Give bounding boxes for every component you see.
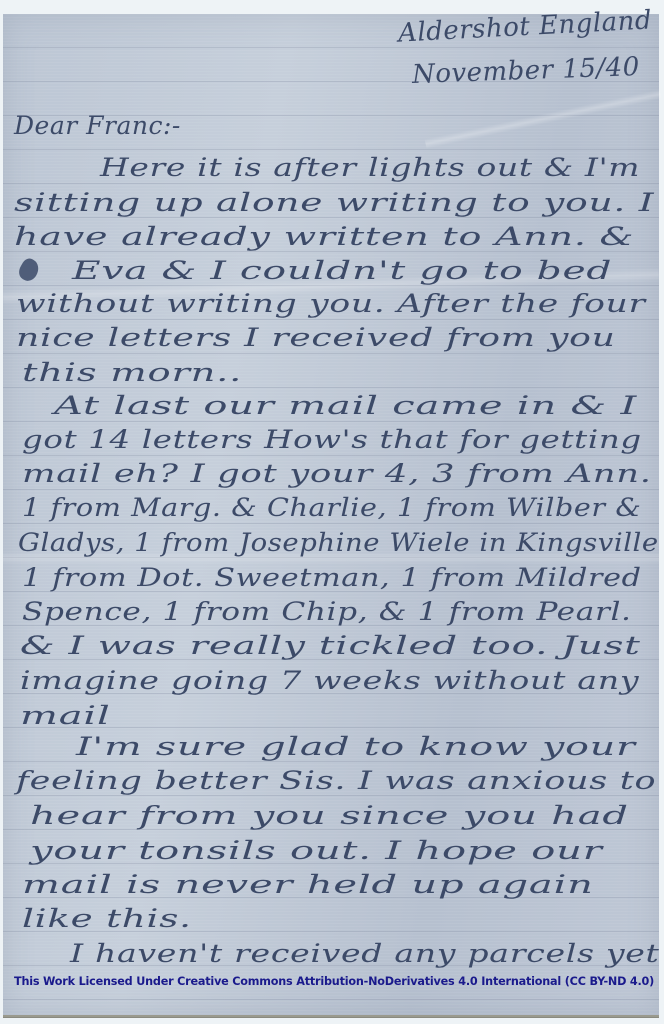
letter-line: I haven't received any parcels yet bbox=[70, 941, 660, 966]
letter-line: & I was really tickled too. Just bbox=[20, 633, 641, 658]
letter-line: mail is never held up again bbox=[22, 872, 594, 897]
letter-line: nice letters I received from you bbox=[16, 325, 616, 350]
license-notice: This Work Licensed Under Creative Common… bbox=[14, 975, 654, 988]
letter-line: 1 from Dot. Sweetman, 1 from Mildred bbox=[22, 565, 642, 590]
letter-salutation: Dear Franc:- bbox=[14, 113, 181, 138]
letter-line: hear from you since you had bbox=[30, 803, 629, 828]
letter-line: mail eh? I got your 4, 3 from Ann. bbox=[22, 461, 652, 486]
letter-line: At last our mail came in & I bbox=[54, 393, 637, 418]
letter-line: I'm sure glad to know your bbox=[76, 734, 636, 759]
letter-line: imagine going 7 weeks without any bbox=[20, 668, 639, 693]
letter-date: November 15/40 bbox=[412, 54, 641, 88]
letter-line: sitting up alone writing to you. I bbox=[14, 190, 654, 215]
letter-line: your tonsils out. I hope our bbox=[30, 838, 603, 863]
letter-line: Eva & I couldn't go to bed bbox=[72, 258, 612, 283]
letter-line: have already written to Ann. & bbox=[14, 224, 634, 249]
letter-line: feeling better Sis. I was anxious to bbox=[16, 768, 656, 793]
letter-line: like this. bbox=[22, 906, 192, 931]
letter-line: this morn.. bbox=[22, 360, 242, 385]
letter-line: got 14 letters How's that for getting bbox=[22, 427, 642, 452]
letter-line: Gladys, 1 from Josephine Wiele in Kingsv… bbox=[18, 530, 659, 555]
letter-line: 1 from Marg. & Charlie, 1 from Wilber & bbox=[22, 495, 641, 520]
letter-line: Spence, 1 from Chip, & 1 from Pearl. bbox=[22, 599, 632, 624]
letter-line: without writing you. After the four bbox=[16, 291, 646, 316]
letter-line: Here it is after lights out & I'm bbox=[100, 155, 640, 180]
letter-line: mail bbox=[20, 703, 111, 728]
paper-fold-crease bbox=[425, 89, 662, 149]
